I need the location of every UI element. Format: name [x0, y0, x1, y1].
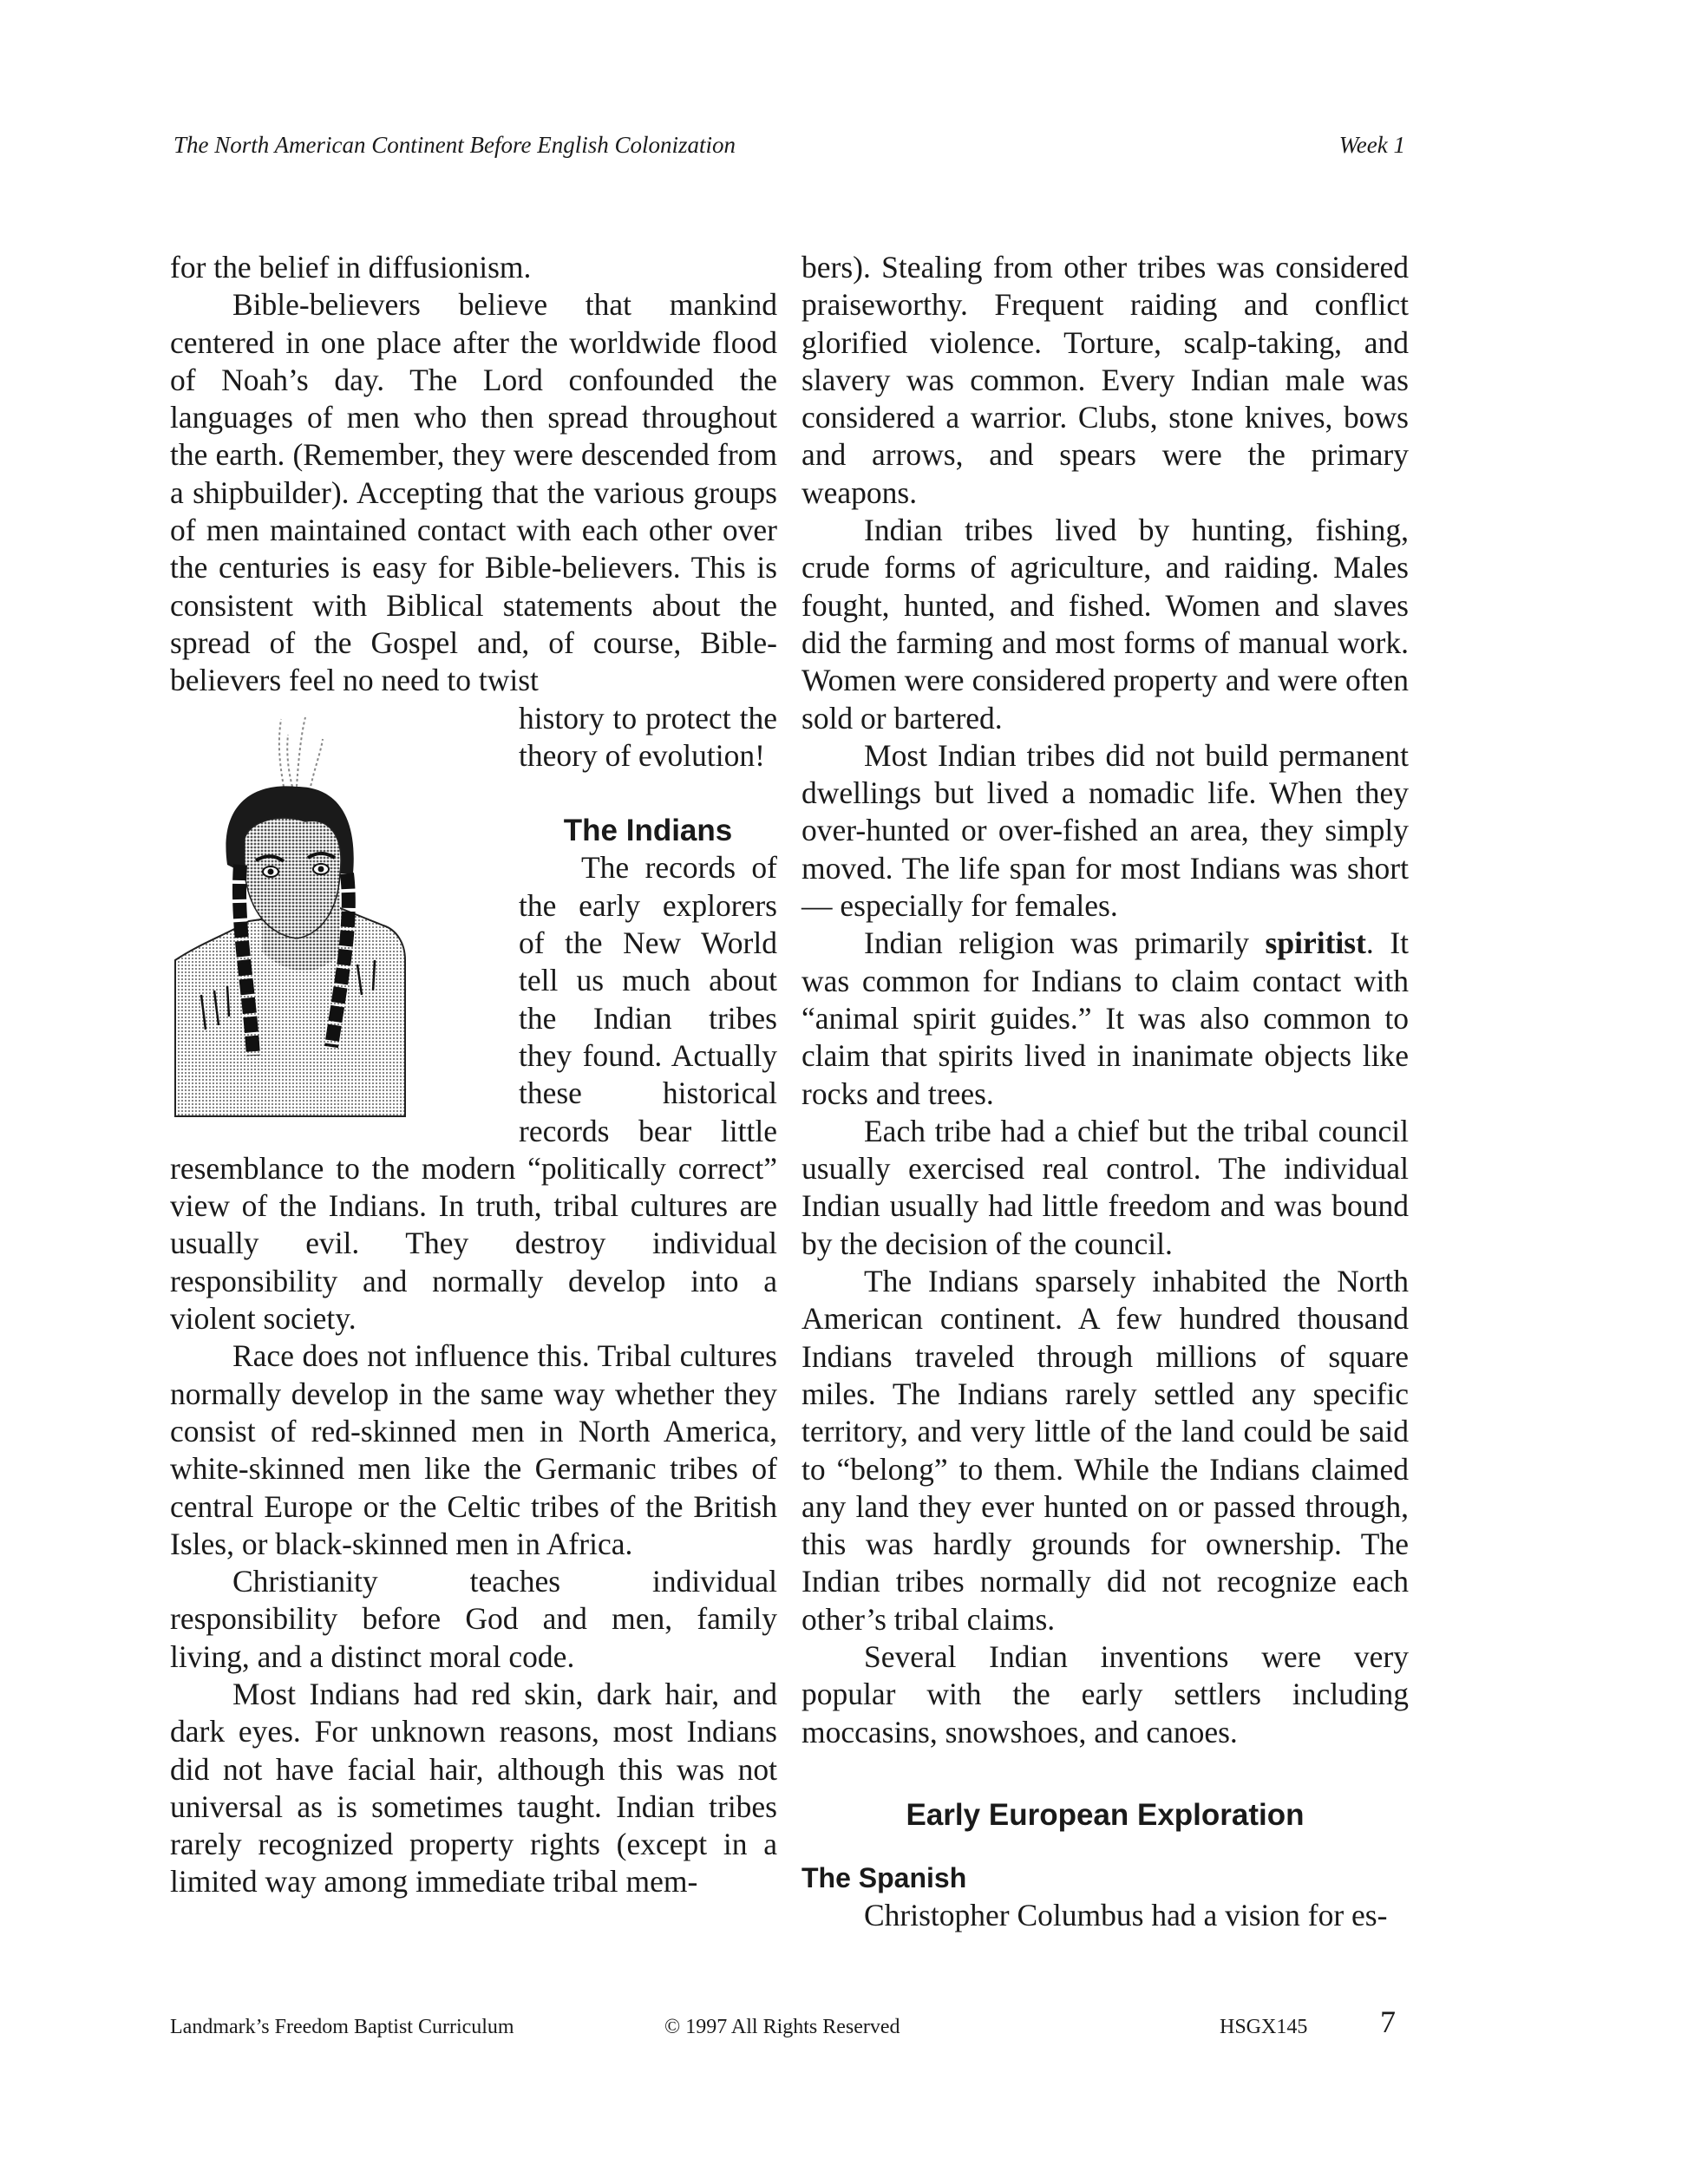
paragraph: Each tribe had a chief but the tribal co…	[801, 1113, 1409, 1263]
paragraph: Christianity teaches individual responsi…	[170, 1563, 777, 1676]
heading-early-european-exploration: Early European Exploration	[801, 1796, 1409, 1834]
paragraph: Indian religion was primarily spiritist.…	[801, 925, 1409, 1112]
paragraph: Several Indian inventions were very popu…	[801, 1638, 1409, 1751]
paragraph: Race does not influence this. Tribal cul…	[170, 1337, 777, 1563]
paragraph: The Indians sparsely inhabited the North…	[801, 1263, 1409, 1638]
week-label: Week 1	[1339, 132, 1405, 159]
paragraph: Christopher Columbus had a vision for es…	[801, 1897, 1409, 1934]
course-code: HSGX145	[1220, 2016, 1307, 2039]
portrait-icon	[167, 700, 510, 1139]
page-number: 7	[1380, 2004, 1396, 2040]
paragraph: for the belief in diffusionism.	[170, 249, 777, 286]
paragraph: Bible-believers believe that mankind cen…	[170, 286, 777, 699]
left-column: for the belief in diffusionism. Bible-be…	[170, 249, 777, 1901]
running-header: The North American Continent Before Engl…	[173, 132, 1405, 167]
paragraph: Most Indian tribes did not build permane…	[801, 737, 1409, 925]
publisher-name: Landmark’s Freedom Baptist Curriculum	[170, 2016, 514, 2039]
bold-term: spiritist	[1266, 925, 1366, 960]
chapter-title: The North American Continent Before Engl…	[173, 132, 736, 159]
paragraph: bers). Stealing from other tribes was co…	[801, 249, 1409, 512]
paragraph: Indian tribes lived by hunting, fishing,…	[801, 512, 1409, 737]
right-column: bers). Stealing from other tribes was co…	[801, 249, 1409, 1935]
page-footer: Landmark’s Freedom Baptist Curriculum © …	[170, 2004, 1402, 2047]
subheading-the-spanish: The Spanish	[801, 1860, 1409, 1897]
paragraph: Most Indians had red skin, dark hair, an…	[170, 1676, 777, 1901]
native-american-illustration	[170, 700, 508, 1139]
copyright-notice: © 1997 All Rights Reserved	[664, 2016, 900, 2039]
